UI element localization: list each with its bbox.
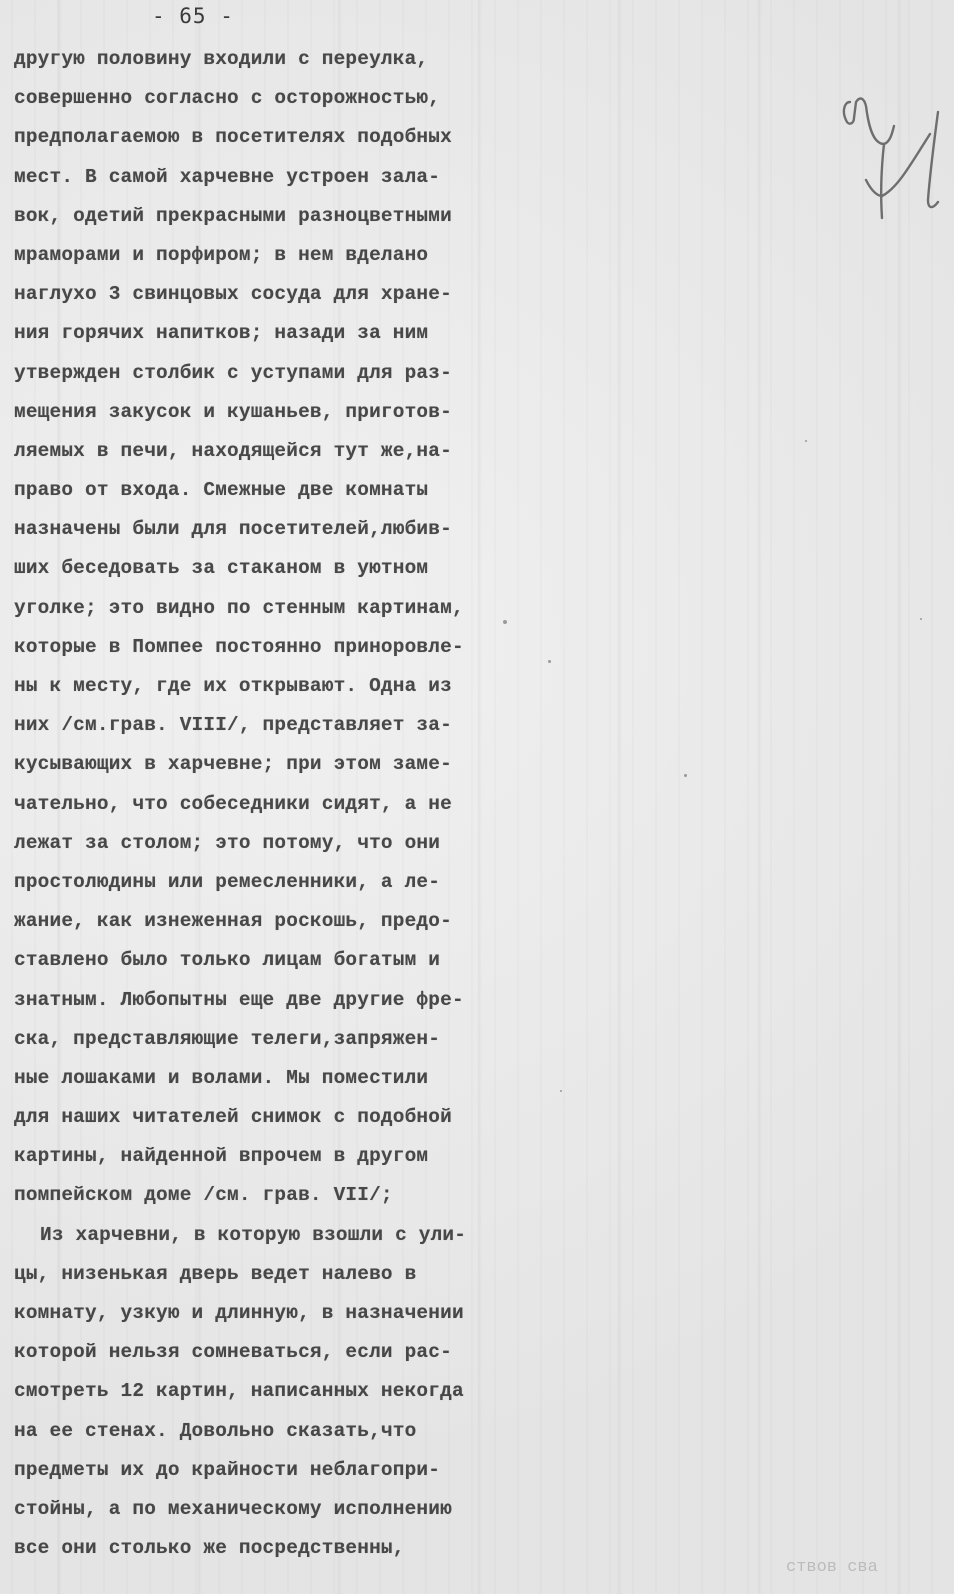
paper-speck [920, 618, 922, 620]
text-line: смотреть 12 картин, написанных некогда [14, 1372, 534, 1411]
text-line: уголке; это видно по стенным картинам, [14, 589, 534, 628]
text-line: них /см.грав. VIII/, представляет за- [14, 706, 534, 745]
text-line: все они столько же посредственны, [14, 1529, 534, 1568]
text-line: Из харчевни, в которую взошли с ули- [14, 1216, 534, 1255]
text-line: ших беседовать за стаканом в уютном [14, 549, 534, 588]
paper-speck [684, 774, 687, 777]
text-line: простолюдины или ремесленники, а ле- [14, 863, 534, 902]
text-line: ные лошаками и волами. Мы поместили [14, 1059, 534, 1098]
paper-speck [548, 660, 551, 663]
text-line: на ее стенах. Довольно сказать,что [14, 1412, 534, 1451]
text-line: жание, как изнеженная роскошь, предо- [14, 902, 534, 941]
paper-speck [805, 440, 807, 442]
text-line: предполагаемою в посетителях подобных [14, 118, 534, 157]
text-line: комнату, узкую и длинную, в назначении [14, 1294, 534, 1333]
text-line: помпейском доме /см. грав. VII/; [14, 1176, 534, 1215]
text-line: назначены были для посетителей,любив- [14, 510, 534, 549]
text-line: которой нельзя сомневаться, если рас- [14, 1333, 534, 1372]
text-line: картины, найденной впрочем в другом [14, 1137, 534, 1176]
text-line: лежат за столом; это потому, что они [14, 824, 534, 863]
text-line: ния горячих напитков; назади за ним [14, 314, 534, 353]
text-line: ставлено было только лицам богатым и [14, 941, 534, 980]
text-line: ска, представляющие телеги,запряжен- [14, 1020, 534, 1059]
text-line: совершенно согласно с осторожностью, [14, 79, 534, 118]
text-line: стойны, а по механическому исполнению [14, 1490, 534, 1529]
text-line: знатным. Любопытны еще две другие фре- [14, 981, 534, 1020]
text-line: вок, одетий прекрасными разноцветными [14, 197, 534, 236]
text-line: мещения закусок и кушаньев, приготов- [14, 393, 534, 432]
typewritten-text-body: другую половину входили с переулка,совер… [14, 40, 534, 1568]
text-line: мест. В самой харчевне устроен зала- [14, 158, 534, 197]
text-line: ляемых в печи, находящейся тут же,на- [14, 432, 534, 471]
text-line: кусывающих в харчевне; при этом заме- [14, 745, 534, 784]
bleed-through-text: ствов сва [786, 1558, 878, 1577]
handwritten-archive-number: 71 [838, 92, 948, 232]
text-line: наглухо 3 свинцовых сосуда для хране- [14, 275, 534, 314]
text-line: цы, низенькая дверь ведет налево в [14, 1255, 534, 1294]
text-line: предметы их до крайности неблагопри- [14, 1451, 534, 1490]
paper-speck [503, 620, 507, 624]
text-line: которые в Помпее постоянно приноровле- [14, 628, 534, 667]
text-line: утвержден столбик с уступами для раз- [14, 354, 534, 393]
text-line: ны к месту, где их открывают. Одна из [14, 667, 534, 706]
text-line: другую половину входили с переулка, [14, 40, 534, 79]
text-line: для наших читателей снимок с подобной [14, 1098, 534, 1137]
text-line: право от входа. Смежные две комнаты [14, 471, 534, 510]
text-line: мраморами и порфиром; в нем вделано [14, 236, 534, 275]
page-number: - 65 - [152, 4, 234, 28]
text-line: чательно, что собеседники сидят, а не [14, 785, 534, 824]
paper-speck [560, 1090, 562, 1092]
scanned-typewritten-page: - 65 - 71 другую половину входили с пере… [0, 0, 954, 1594]
